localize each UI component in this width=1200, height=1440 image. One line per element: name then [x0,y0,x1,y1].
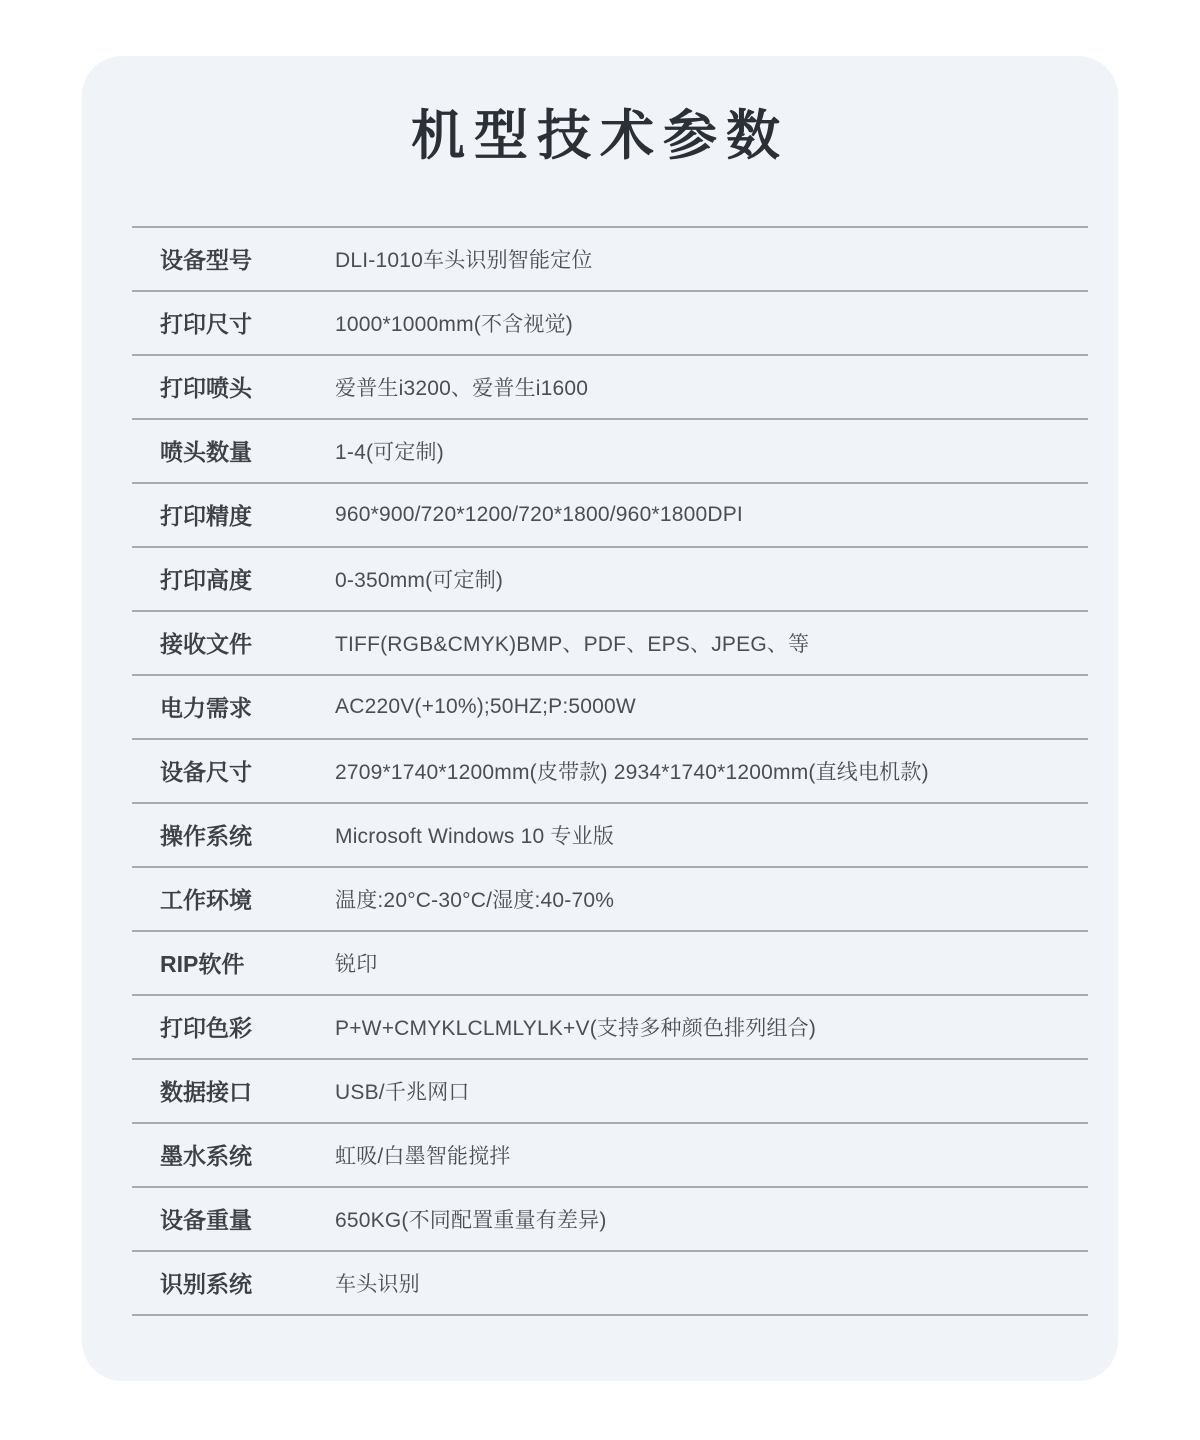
spec-row: 打印尺寸 1000*1000mm(不含视觉) [132,292,1088,356]
spec-row: 打印喷头 爱普生i3200、爱普生i1600 [132,356,1088,420]
spec-row-value: TIFF(RGB&CMYK)BMP、PDF、EPS、JPEG、等 [335,628,809,658]
spec-row-label: 工作环境 [132,882,335,915]
spec-row: 打印色彩 P+W+CMYKLCLMLYLK+V(支持多种颜色排列组合) [132,996,1088,1060]
spec-row: 打印高度 0-350mm(可定制) [132,548,1088,612]
spec-row-value: DLI-1010车头识别智能定位 [335,244,593,274]
spec-row-value: 爱普生i3200、爱普生i1600 [335,372,588,402]
spec-row: 设备型号 DLI-1010车头识别智能定位 [132,228,1088,292]
spec-table: 设备型号 DLI-1010车头识别智能定位 打印尺寸 1000*1000mm(不… [132,226,1088,1316]
spec-row-label: 操作系统 [132,818,335,851]
spec-row-label: 打印喷头 [132,370,335,403]
spec-row-label: 喷头数量 [132,434,335,467]
spec-row-value: 温度:20°C-30°C/湿度:40-70% [335,884,614,914]
spec-row: 识别系统 车头识别 [132,1252,1088,1316]
spec-row-value: 2709*1740*1200mm(皮带款) 2934*1740*1200mm(直… [335,756,929,786]
spec-row-value: USB/千兆网口 [335,1076,470,1106]
spec-row-label: 接收文件 [132,626,335,659]
spec-row-value: 650KG(不同配置重量有差异) [335,1204,607,1234]
spec-row-label: 设备尺寸 [132,754,335,787]
spec-row-value: AC220V(+10%);50HZ;P:5000W [335,695,636,719]
spec-row-value: 960*900/720*1200/720*1800/960*1800DPI [335,503,743,527]
spec-row-value: 1-4(可定制) [335,436,444,466]
spec-row-label: RIP软件 [132,946,335,979]
spec-row-value: 0-350mm(可定制) [335,564,503,594]
spec-row-label: 墨水系统 [132,1138,335,1171]
spec-row-label: 打印色彩 [132,1010,335,1043]
spec-row: 电力需求 AC220V(+10%);50HZ;P:5000W [132,676,1088,740]
spec-row: 设备重量 650KG(不同配置重量有差异) [132,1188,1088,1252]
spec-row-value: 车头识别 [335,1268,420,1298]
spec-row: RIP软件 锐印 [132,932,1088,996]
spec-row-label: 设备重量 [132,1202,335,1235]
spec-row-value: 1000*1000mm(不含视觉) [335,308,573,338]
spec-row-label: 打印尺寸 [132,306,335,339]
spec-row: 打印精度 960*900/720*1200/720*1800/960*1800D… [132,484,1088,548]
page-title: 机型技术参数 [82,56,1118,169]
spec-row-label: 打印高度 [132,562,335,595]
spec-row: 接收文件 TIFF(RGB&CMYK)BMP、PDF、EPS、JPEG、等 [132,612,1088,676]
spec-row-value: 虹吸/白墨智能搅拌 [335,1140,511,1170]
spec-row-label: 设备型号 [132,242,335,275]
spec-row: 设备尺寸 2709*1740*1200mm(皮带款) 2934*1740*120… [132,740,1088,804]
spec-row-label: 打印精度 [132,498,335,531]
spec-row: 数据接口 USB/千兆网口 [132,1060,1088,1124]
spec-row-label: 数据接口 [132,1074,335,1107]
spec-row-value: Microsoft Windows 10 专业版 [335,820,614,850]
spec-row: 喷头数量 1-4(可定制) [132,420,1088,484]
spec-row: 工作环境 温度:20°C-30°C/湿度:40-70% [132,868,1088,932]
page: 机型技术参数 设备型号 DLI-1010车头识别智能定位 打印尺寸 1000*1… [0,0,1200,1440]
spec-row: 操作系统 Microsoft Windows 10 专业版 [132,804,1088,868]
spec-row-label: 识别系统 [132,1266,335,1299]
spec-row-value: P+W+CMYKLCLMLYLK+V(支持多种颜色排列组合) [335,1012,816,1042]
spec-row-value: 锐印 [335,948,377,978]
spec-row: 墨水系统 虹吸/白墨智能搅拌 [132,1124,1088,1188]
spec-card: 机型技术参数 设备型号 DLI-1010车头识别智能定位 打印尺寸 1000*1… [82,56,1118,1381]
spec-row-label: 电力需求 [132,690,335,723]
